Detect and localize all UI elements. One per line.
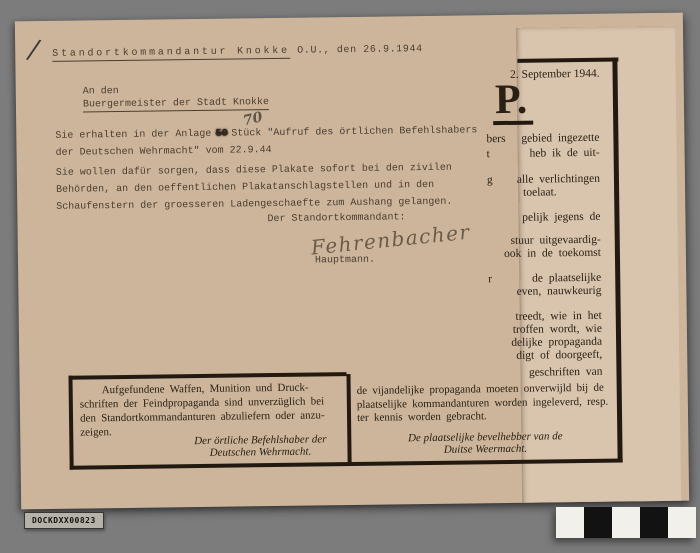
recipient-line-2: Buergermeister der Stadt Knokke (83, 97, 269, 112)
fragment-text: geschriften van (529, 366, 603, 379)
body-line1-post: Stück "Aufruf des örtlichen Befehlshaber… (231, 125, 477, 139)
body-line1-pre: Sie erhalten in der Anlage (55, 129, 211, 142)
letter-sender-line: Standortkommandantur Knokke (52, 46, 290, 62)
fragment-prefix: bers (486, 133, 505, 145)
poster-title-fragment: P. (495, 79, 528, 121)
letter-body-line-3: Sie wollen dafür sorgen, dass diese Plak… (56, 163, 452, 179)
fragment-text: gebied ingezette (521, 132, 599, 145)
handwritten-correction-number: 70 (242, 109, 265, 129)
poster-fragment-line: toelaat. (487, 186, 600, 199)
poster-fragment-line: digt of doorgeeft, (489, 349, 602, 362)
handwritten-signature: Fehrenbacher (310, 222, 452, 260)
poster-fragment-line: theb ik de uit- (487, 147, 600, 160)
fragment-text: even, nauwkeurig (517, 285, 602, 298)
catalog-label: DOCKDXX00823 (24, 512, 104, 529)
fragment-text: troffen wordt, wie (513, 323, 602, 336)
handwritten-margin-mark: / (27, 35, 39, 66)
german-box-signature: Deutschen Wehrmacht. (170, 445, 350, 459)
calibration-square (668, 507, 696, 538)
calibration-bar (556, 507, 696, 538)
fragment-text: ook in de toekomst (504, 247, 601, 260)
german-box-line: Aufgefundene Waffen, Munition und Druck- (80, 382, 309, 397)
fragment-text: stuur uitgevaardig- (510, 234, 600, 247)
poster-fragment-line: ook in de toekomst (488, 247, 601, 260)
poster-fragment-line: troffen wordt, wie (489, 323, 602, 336)
letter-body-line-1: Sie erhalten in der Anlage50Stück "Aufru… (55, 125, 477, 142)
german-box-line: den Standortkommandanturen abzuliefern o… (80, 409, 325, 424)
fragment-text: pelijk jegens de (522, 211, 600, 224)
fragment-text: delijke propaganda (511, 336, 602, 349)
fragment-text: heb ik de uit- (530, 147, 600, 160)
bottom-box-left-border (68, 376, 73, 470)
letter-body-line-4: Behörden, an den oeffentlichen Plakatans… (56, 180, 434, 196)
poster-fragment-line: rde plaatselijke (488, 272, 601, 285)
german-box-line: zeigen. (80, 426, 112, 438)
dutch-box-line: ter kennis worden gebracht. (357, 410, 487, 424)
letter-closing-line: Der Standortkommandant: (267, 212, 405, 225)
poster-title-underline (493, 121, 533, 125)
letter-dateline: O.U., den 26.9.1944 (297, 44, 423, 57)
poster-fragment-line: treedt, wie in het (489, 310, 602, 323)
letter-paper-sheet: / Standortkommandantur Knokke O.U., den … (15, 13, 689, 510)
calibration-square (612, 507, 640, 538)
calibration-square (584, 507, 612, 538)
poster-fragment-line: geschriften van (489, 366, 602, 379)
fragment-prefix: t (487, 148, 490, 160)
bottom-box-top-border (68, 372, 346, 380)
scanned-document-stage: / Standortkommandantur Knokke O.U., den … (0, 0, 700, 553)
letter-body-line-2: der Deutschen Wehrmacht" vom 22.9.44 (55, 145, 271, 159)
fragment-prefix: r (488, 273, 492, 285)
poster-fragment-line: bersgebied ingezette (486, 132, 599, 145)
crossed-out-number: 50 (215, 129, 227, 140)
fragment-text: toelaat. (523, 186, 557, 198)
poster-fragment-line: pelijk jegens de (487, 211, 600, 224)
signer-rank-line: Hauptmann. (315, 255, 375, 267)
poster-fragment-line: delijke propaganda (489, 336, 602, 349)
german-box-line: schriften der Feindpropaganda sind unver… (80, 395, 324, 410)
poster-fragment-line: stuur uitgevaardig- (488, 234, 601, 247)
fragment-text: alle verlichtingen (517, 173, 600, 186)
poster-fragment-line: galle verlichtingen (487, 173, 600, 186)
fragment-text: digt of doorgeeft, (516, 349, 602, 362)
calibration-square (640, 507, 668, 538)
fragment-prefix: g (487, 174, 493, 186)
recipient-line-1: An den (83, 86, 119, 97)
calibration-square (556, 507, 584, 538)
poster-fragment-line: even, nauwkeurig (488, 285, 601, 298)
fragment-text: de plaatselijke (532, 272, 601, 285)
letter-body-line-5: Schaufenstern der groesseren Ladengescha… (56, 197, 452, 213)
fragment-text: treedt, wie in het (515, 310, 601, 323)
